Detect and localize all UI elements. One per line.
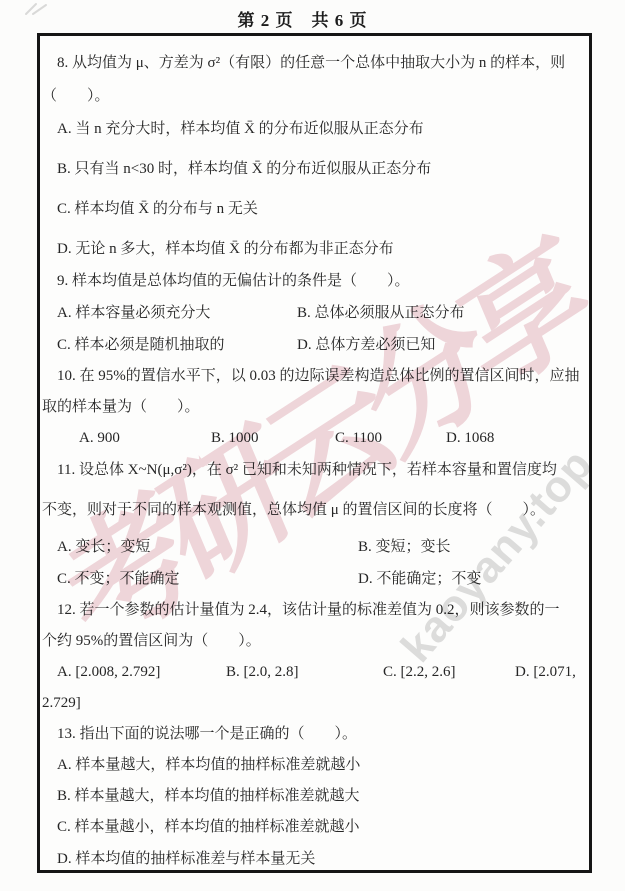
q12-options: A. [2.008, 2.792]B. [2.0, 2.8]C. [2.2, 2… [42, 662, 585, 683]
q10-line-1: 10. 在 95%的置信水平下，以 0.03 的边际误差构造总体比例的置信区间时… [42, 366, 585, 387]
option-cell: B. 1000 [211, 428, 259, 449]
option-cell: C. 不变；不能确定 [57, 569, 180, 590]
q10-options: A. 900B. 1000C. 1100D. 1068 [42, 428, 585, 449]
option-cell: D. 1068 [446, 428, 494, 449]
option-cell: B. [2.0, 2.8] [226, 662, 299, 683]
q13-option-c: C. 样本量越小，样本均值的抽样标准差就越小 [42, 817, 585, 838]
q12-options-cont: 2.729] [42, 693, 585, 714]
q8-option-c: C. 样本均值 X̄ 的分布与 n 无关 [42, 199, 585, 220]
q8-option-b: B. 只有当 n<30 时，样本均值 X̄ 的分布近似服从正态分布 [42, 159, 585, 180]
q8-line-2: （ ）。 [42, 86, 585, 107]
q8-option-d: D. 无论 n 多大，样本均值 X̄ 的分布都为非正态分布 [42, 239, 585, 260]
q13-line: 13. 指出下面的说法哪一个是正确的（ ）。 [42, 724, 585, 745]
option-cell: D. [2.071, [515, 662, 576, 683]
document-body: 8. 从均值为 μ、方差为 σ²（有限）的任意一个总体中抽取大小为 n 的样本，… [42, 53, 585, 870]
q10-line-2: 取的样本量为（ ）。 [42, 397, 585, 418]
option-cell: D. 总体方差必须已知 [297, 335, 435, 356]
page-number-header: 第 2 页 共 6 页 [0, 6, 605, 31]
option-cell: C. 1100 [335, 428, 382, 449]
q9-line: 9. 样本均值是总体均值的无偏估计的条件是（ ）。 [42, 271, 585, 292]
option-cell: A. 变长；变短 [57, 537, 150, 558]
q13-option-d: D. 样本均值的抽样标准差与样本量无关 [42, 849, 585, 870]
option-cell: D. 不能确定；不变 [358, 569, 481, 590]
option-cell: C. 样本必须是随机抽取的 [57, 335, 225, 356]
option-cell: B. 总体必须服从正态分布 [297, 303, 465, 324]
q8-line-1: 8. 从均值为 μ、方差为 σ²（有限）的任意一个总体中抽取大小为 n 的样本，… [42, 53, 585, 74]
q9-options-cd: C. 样本必须是随机抽取的D. 总体方差必须已知 [42, 335, 585, 356]
q11-line-2: 不变，则对于不同的样本观测值，总体均值 μ 的置信区间的长度将（ ）。 [42, 500, 585, 521]
scanned-exam-page: { "page": { "header": "第 2 页 共 6 页", "wa… [0, 0, 625, 891]
q12-line-2: 个约 95%的置信区间为（ ）。 [42, 631, 585, 652]
q8-option-a: A. 当 n 充分大时，样本均值 X̄ 的分布近似服从正态分布 [42, 119, 585, 140]
q13-option-a: A. 样本量越大，样本均值的抽样标准差就越小 [42, 755, 585, 776]
option-cell: A. 900 [79, 428, 120, 449]
q13-option-b: B. 样本量越大，样本均值的抽样标准差就越大 [42, 786, 585, 807]
option-cell: B. 变短；变长 [358, 537, 451, 558]
document-frame: 8. 从均值为 μ、方差为 σ²（有限）的任意一个总体中抽取大小为 n 的样本，… [37, 33, 592, 873]
q9-options-ab: A. 样本容量必须充分大B. 总体必须服从正态分布 [42, 303, 585, 324]
q12-line-1: 12. 若一个参数的估计量值为 2.4，该估计量的标准差值为 0.2，则该参数的… [42, 600, 585, 621]
option-cell: C. [2.2, 2.6] [383, 662, 456, 683]
q11-line-1: 11. 设总体 X~N(μ,σ²)，在 σ² 已知和未知两种情况下，若样本容量和… [42, 460, 585, 481]
option-cell: A. [2.008, 2.792] [57, 662, 160, 683]
option-cell: A. 样本容量必须充分大 [57, 303, 210, 324]
q11-options-ab: A. 变长；变短B. 变短；变长 [42, 537, 585, 558]
q11-options-cd: C. 不变；不能确定D. 不能确定；不变 [42, 569, 585, 590]
